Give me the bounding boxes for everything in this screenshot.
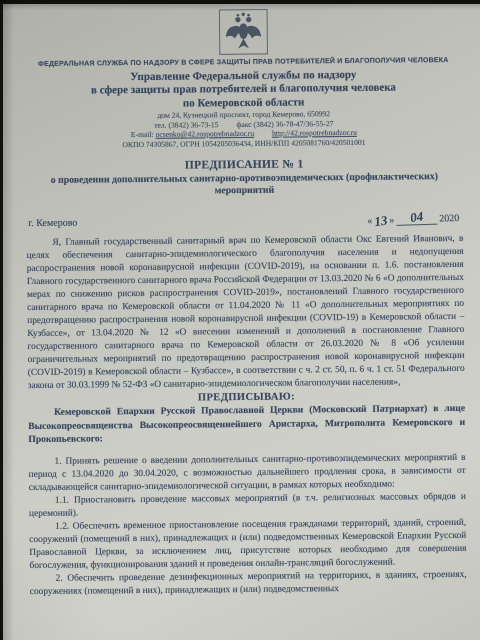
addressee-paragraph: Кемеровской Епархии Русской Православной… xyxy=(28,402,465,447)
document-photo: ФЕДЕРАЛЬНАЯ СЛУЖБА ПО НАДЗОРУ В СФЕРЕ ЗА… xyxy=(0,0,480,640)
date-year: 2020 xyxy=(439,213,459,225)
order-item-2: 2. Обеспечить проведение дезинфекционных… xyxy=(30,568,467,598)
email-label: E-mail: xyxy=(131,130,154,139)
date-day-handwritten: 13 xyxy=(374,215,388,228)
issue-place: г. Кемерово xyxy=(28,218,77,229)
quote-close: » xyxy=(389,215,394,226)
document-subtitle: о проведении дополнительных санитарно-пр… xyxy=(29,171,459,199)
place-date-row: г. Кемерово «13» 04 2020 xyxy=(28,211,459,229)
paper-sheet: ФЕДЕРАЛЬНАЯ СЛУЖБА ПО НАДЗОРУ В СФЕРЕ ЗА… xyxy=(3,4,480,640)
issue-date: «13» 04 2020 xyxy=(367,210,459,227)
document-body: Я, Главный государственный санитарный вр… xyxy=(26,233,466,599)
date-month-field: 04 xyxy=(396,211,437,226)
quote-open: « xyxy=(367,216,372,227)
document-content: ФЕДЕРАЛЬНАЯ СЛУЖБА ПО НАДЗОРУ В СФЕРЕ ЗА… xyxy=(0,2,480,599)
website-url: http://42.rospotrebnadzor.ru xyxy=(272,128,357,138)
order-item-1: 1. Принять решение о введении дополнител… xyxy=(28,451,465,494)
coat-of-arms-icon xyxy=(24,7,461,57)
order-item-1-2: 1.2. Обеспечить временное приостановлени… xyxy=(29,516,466,572)
intro-paragraph: Я, Главный государственный санитарный вр… xyxy=(26,233,464,393)
email-address: ocsenko@42.rospotrebnadzor.ru xyxy=(156,129,255,139)
date-month-handwritten: 04 xyxy=(409,210,423,223)
fax: факс (3842) 36-78-47/36-55-27 xyxy=(236,119,333,129)
phone: тел. (3842) 36-73-15 xyxy=(154,120,218,130)
